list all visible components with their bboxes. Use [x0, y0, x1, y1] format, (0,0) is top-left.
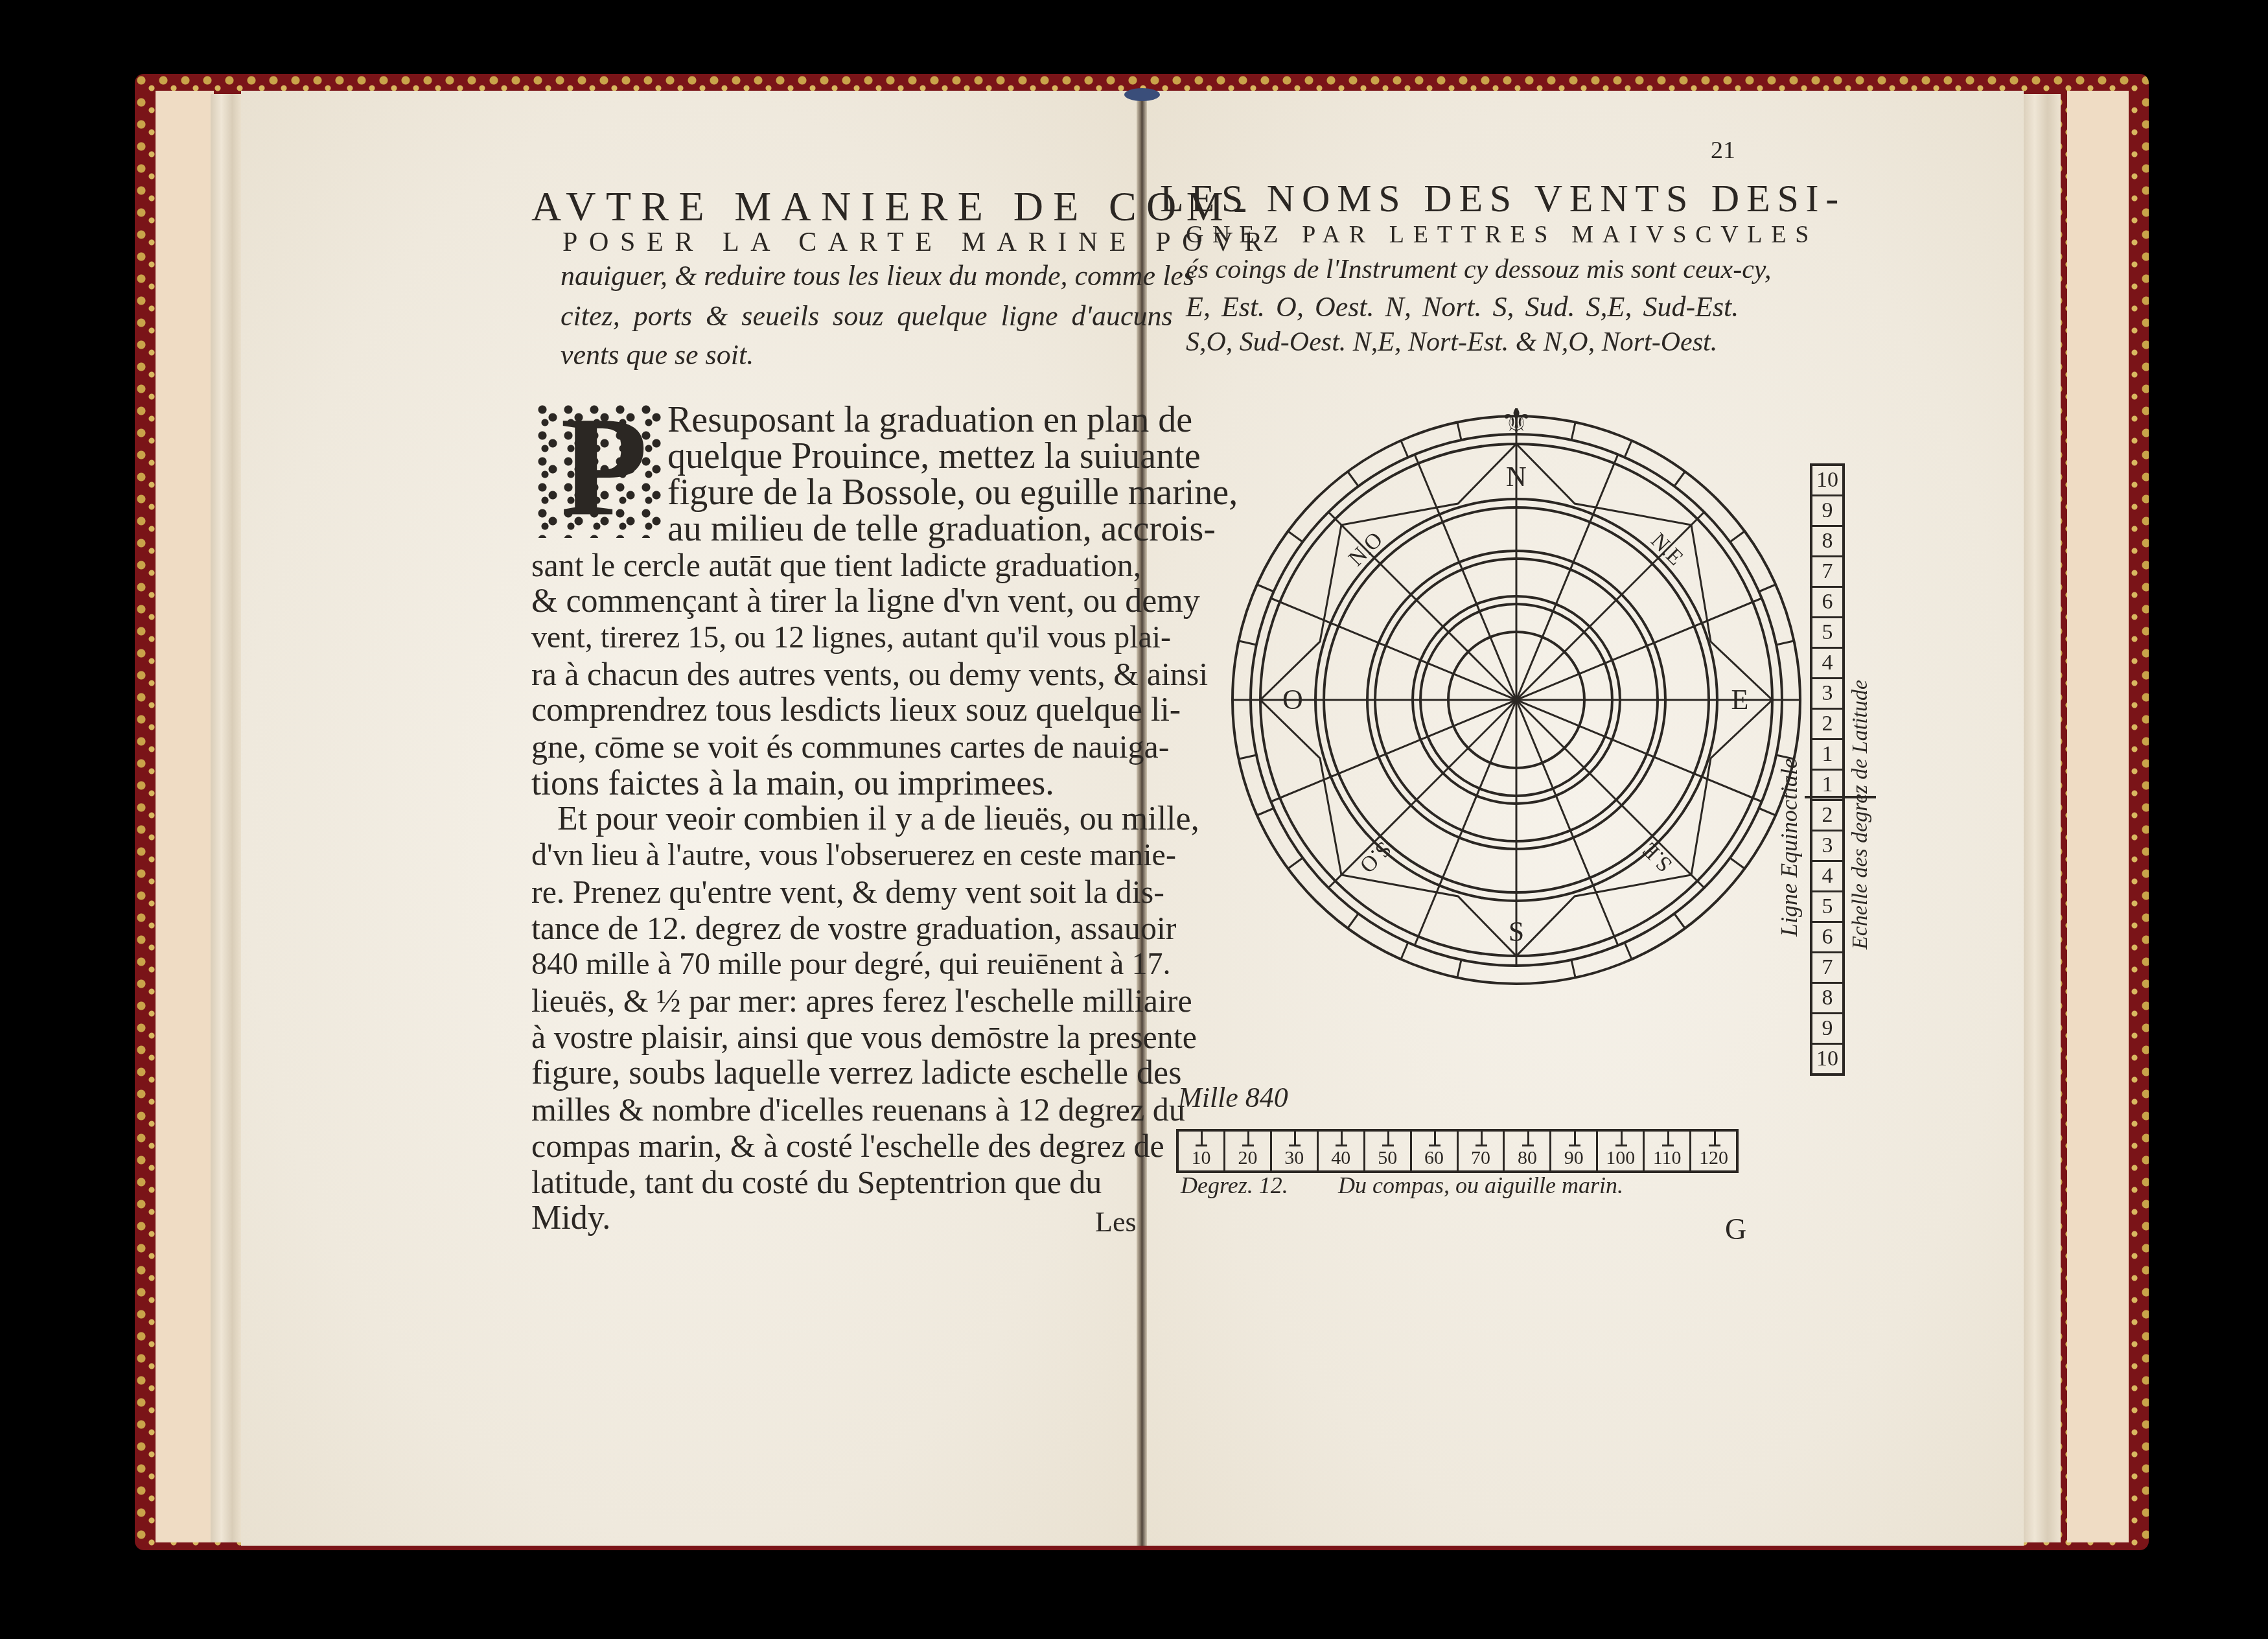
latitude-cell: 9	[1812, 496, 1842, 527]
mile-scale-cell: 30	[1272, 1132, 1319, 1170]
compass-label-n: N	[1506, 461, 1527, 493]
mile-scale-cell: 60	[1412, 1132, 1459, 1170]
right-heading-italic-3: S,O, Sud-Oest. N,E, Nort-Est. & N,O, Nor…	[1186, 327, 1717, 358]
latitude-cell: 5	[1812, 892, 1842, 923]
right-endpaper	[2067, 91, 2129, 1542]
latitude-cell: 2	[1812, 710, 1842, 740]
compass-label-s: S	[1509, 916, 1524, 947]
right-heading-italic-1: és coings de l'Instrument cy dessouz mis…	[1186, 254, 1772, 285]
left-heading-italic-2: citez, ports & seueils souz quelque lign…	[561, 299, 1173, 332]
mile-scale-bar: 10 20 30 40 50 60 70 80 90 100 110 120	[1176, 1129, 1739, 1173]
mile-scale-cell: 90	[1551, 1132, 1598, 1170]
compass-rose-diagram: ⚜ N S E O N.E N.O S.E S.O	[1225, 408, 1808, 992]
left-heading-line2: POSER LA CARTE MARINE POVR	[562, 227, 1274, 258]
mile-scale-cell: 80	[1505, 1132, 1551, 1170]
right-page-stack	[2022, 94, 2061, 1542]
mile-scale-cell: 100	[1598, 1132, 1645, 1170]
body-line: Midy.	[531, 1195, 610, 1242]
compass-label-o: O	[1282, 684, 1303, 715]
svg-text:⚜: ⚜	[1500, 408, 1533, 442]
mile-scale-cell: 40	[1319, 1132, 1365, 1170]
left-heading-italic-3: vents que se soit.	[561, 338, 754, 371]
latitude-cell: 8	[1812, 527, 1842, 557]
catchword: Les	[1095, 1205, 1137, 1238]
body-line: latitude, tant du costé du Septentrion q…	[531, 1159, 1102, 1205]
latitude-cell: 5	[1812, 618, 1842, 649]
mile-scale-caption-right: Du compas, ou aiguille marin.	[1338, 1172, 1623, 1199]
latitude-cell: 4	[1812, 862, 1842, 892]
latitude-cell: 7	[1812, 557, 1842, 588]
latitude-cell: 10	[1812, 466, 1842, 496]
compass-label-so: S.O	[1355, 837, 1396, 878]
headband	[1124, 88, 1160, 101]
signature-mark: G	[1725, 1212, 1746, 1246]
latitude-cell: 3	[1812, 831, 1842, 862]
left-heading-italic-1: nauiguer, & reduire tous les lieux du mo…	[561, 259, 1194, 292]
equator-label: Ligne Equinoctiale	[1776, 758, 1803, 936]
latitude-cell: 6	[1812, 588, 1842, 618]
decorated-drop-cap: P	[535, 402, 664, 538]
latitude-cell: 8	[1812, 984, 1842, 1014]
mile-scale-cell: 10	[1179, 1132, 1225, 1170]
latitude-scale: 10 9 8 7 6 5 4 3 2 1 1 2 3 4 5 6 7 8 9 1…	[1810, 463, 1845, 1076]
latitude-cell: 7	[1812, 953, 1842, 984]
mile-scale-cell: 20	[1225, 1132, 1272, 1170]
mile-scale-title: Mille 840	[1178, 1081, 1288, 1114]
left-endpaper	[156, 91, 214, 1542]
mile-scale-cell: 120	[1691, 1132, 1736, 1170]
latitude-cell: 6	[1812, 923, 1842, 953]
right-heading-italic-2: E, Est. O, Oest. N, Nort. S, Sud. S,E, S…	[1186, 290, 1739, 323]
left-page-stack	[211, 94, 243, 1542]
page-number: 21	[1711, 136, 1735, 165]
left-heading-line1: AVTRE MANIERE DE COM-	[531, 183, 1257, 231]
latitude-cell: 3	[1812, 679, 1842, 710]
latitude-cell: 4	[1812, 649, 1842, 679]
right-heading-line2: GNEZ PAR LETTRES MAIVSCVLES	[1186, 220, 1818, 249]
mile-scale-caption-left: Degrez. 12.	[1181, 1172, 1288, 1199]
latitude-cell: 1	[1812, 740, 1842, 771]
compass-label-e: E	[1731, 684, 1749, 715]
mile-scale-cell: 70	[1459, 1132, 1505, 1170]
latitude-cell: 10	[1812, 1045, 1842, 1073]
latitude-cell: 2	[1812, 801, 1842, 831]
mile-scale-cell: 110	[1645, 1132, 1691, 1170]
drop-cap-letter: P	[561, 395, 647, 538]
right-heading-line1: LES NOMS DES VENTS DESI-	[1160, 176, 1846, 221]
mile-scale-cell: 50	[1365, 1132, 1412, 1170]
latitude-scale-label: Echelle des degrez de Latitude	[1848, 680, 1873, 949]
latitude-cell: 9	[1812, 1014, 1842, 1045]
